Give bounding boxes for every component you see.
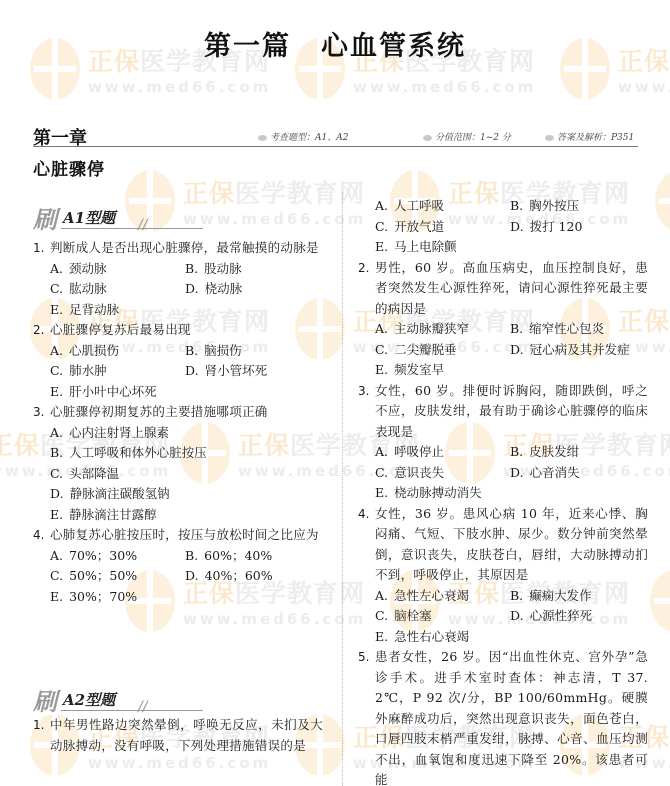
- brush-prefix: 刷: [33, 200, 57, 235]
- page-content: 第一篇心血管系统 第一章 考查题型：A1、A2 分值范围：1~2 分 答案及解析…: [0, 0, 670, 786]
- option: E.频发室早: [375, 360, 645, 381]
- options: A.主动脉瓣狭窄 B.缩窄性心包炎 C.二尖瓣脱垂 D.冠心病及其并发症 E.频…: [358, 319, 648, 381]
- option: A.70%；30%: [50, 546, 185, 567]
- question-type-label: A2型题: [63, 689, 115, 710]
- meta-answer-page: 答案及解析：P351: [545, 130, 634, 143]
- question-stem: 心脏骤停复苏后最易出现: [50, 320, 323, 341]
- option: C.肺水肿: [50, 361, 185, 382]
- option: E.马上电除颤: [375, 237, 645, 258]
- question-type-label: A1型题: [63, 207, 115, 228]
- meta-question-types: 考查题型：A1、A2: [258, 130, 348, 143]
- option: C.头部降温: [50, 464, 320, 485]
- leaf-bullet-icon: [545, 135, 554, 141]
- option: D.拨打 120: [510, 217, 645, 238]
- chapter-label: 第一章: [33, 124, 87, 150]
- option: B.人工呼吸和体外心脏按压: [50, 443, 320, 464]
- options: A.心肌损伤 B.脑损伤 C.肺水肿 D.肾小管坏死 E.肝小叶中心坏死: [33, 341, 323, 403]
- question-stem: 判断成人是否出现心脏骤停，最常触摸的动脉是: [50, 238, 323, 259]
- option: B.癫痫大发作: [510, 586, 645, 607]
- leaf-bullet-icon: [423, 135, 432, 141]
- option: D.心音消失: [510, 463, 645, 484]
- options: A.呼吸停止 B.皮肤发绀 C.意识丧失 D.心音消失 E.桡动脉搏动消失: [358, 442, 648, 504]
- option: C.50%；50%: [50, 566, 185, 587]
- option: E.急性右心衰竭: [375, 627, 645, 648]
- options: A.心内注射肾上腺素 B.人工呼吸和体外心脏按压 C.头部降温 D.静脉滴注碳酸…: [33, 423, 323, 526]
- question-stem: 男性，60 岁。高血压病史，血压控制良好，患者突然发生心源性猝死，请问心源性猝死…: [375, 258, 648, 320]
- a1-heading: 刷 A1型题 //: [33, 200, 173, 230]
- option: A.心内注射肾上腺素: [50, 423, 320, 444]
- section-title: 心脏骤停: [33, 155, 105, 180]
- question-stem: 女性，60 岁。排便时诉胸闷，随即跌倒，呼之不应，皮肤发绀，最有助于确诊心脏骤停…: [375, 381, 648, 443]
- option: A.急性左心衰竭: [375, 586, 510, 607]
- option: B.缩窄性心包炎: [510, 319, 645, 340]
- question-item: 1. 判断成人是否出现心脏骤停，最常触摸的动脉是: [33, 238, 323, 259]
- option: B.胸外按压: [510, 196, 645, 217]
- option: D.心源性猝死: [510, 606, 645, 627]
- option: B.股动脉: [185, 259, 320, 280]
- option: D.40%；60%: [185, 566, 320, 587]
- option: E.肝小叶中心坏死: [50, 382, 320, 403]
- option: D.冠心病及其并发症: [510, 340, 645, 361]
- question-stem: 心脏骤停初期复苏的主要措施哪项正确: [50, 402, 323, 423]
- option: A.心肌损伤: [50, 341, 185, 362]
- left-column: 1. 判断成人是否出现心脏骤停，最常触摸的动脉是 A.颈动脉 B.股动脉 C.肱…: [33, 238, 323, 607]
- options: A.70%；30% B.60%；40% C.50%；50% D.40%；60% …: [33, 546, 323, 608]
- chapter-header: 第一章 考查题型：A1、A2 分值范围：1~2 分 答案及解析：P351: [33, 126, 638, 147]
- question-stem: 中年男性路边突然晕倒，呼唤无反应，未扪及大动脉搏动，没有呼吸，下列处理措施错误的…: [50, 715, 323, 756]
- option: C.肱动脉: [50, 279, 185, 300]
- question-item: 1. 中年男性路边突然晕倒，呼唤无反应，未扪及大动脉搏动，没有呼吸，下列处理措施…: [33, 715, 323, 756]
- question-stem: 患者女性，26 岁。因“出血性休克、宫外孕”急诊手术。进手术室时查体：神志清，T…: [375, 647, 648, 786]
- question-item: 5. 患者女性，26 岁。因“出血性休克、宫外孕”急诊手术。进手术室时查体：神志…: [358, 647, 648, 786]
- options: A.人工呼吸 B.胸外按压 C.开放气道 D.拨打 120 E.马上电除颤: [358, 196, 648, 258]
- options: A.颈动脉 B.股动脉 C.肱动脉 D.桡动脉 E.足背动脉: [33, 259, 323, 321]
- leaf-bullet-icon: [258, 135, 267, 141]
- question-item: 3. 心脏骤停初期复苏的主要措施哪项正确: [33, 402, 323, 423]
- option: E.足背动脉: [50, 300, 320, 321]
- question-item: 4. 心肺复苏心脏按压时，按压与放松时间之比应为: [33, 525, 323, 546]
- options: A.急性左心衰竭 B.癫痫大发作 C.脑栓塞 D.心源性猝死 E.急性右心衰竭: [358, 586, 648, 648]
- question-item: 4. 女性，36 岁。患风心病 10 年，近来心悸、胸闷痛、气短、下肢水肿、尿少…: [358, 504, 648, 586]
- option: C.脑栓塞: [375, 606, 510, 627]
- option: C.意识丧失: [375, 463, 510, 484]
- heading-underline: [61, 710, 203, 711]
- option: C.二尖瓣脱垂: [375, 340, 510, 361]
- option: D.桡动脉: [185, 279, 320, 300]
- option: E.30%；70%: [50, 587, 320, 608]
- slash-decoration-icon: //: [138, 699, 147, 715]
- option: B.脑损伤: [185, 341, 320, 362]
- question-stem: 心肺复苏心脏按压时，按压与放松时间之比应为: [50, 525, 323, 546]
- slash-decoration-icon: //: [138, 217, 147, 233]
- option: A.呼吸停止: [375, 442, 510, 463]
- right-column: A.人工呼吸 B.胸外按压 C.开放气道 D.拨打 120 E.马上电除颤 2.…: [358, 196, 648, 786]
- option: E.静脉滴注甘露醇: [50, 505, 320, 526]
- a2-heading: 刷 A2型题 //: [33, 682, 173, 712]
- left-column-a2: 1. 中年男性路边突然晕倒，呼唤无反应，未扪及大动脉搏动，没有呼吸，下列处理措施…: [33, 715, 323, 756]
- question-item: 3. 女性，60 岁。排便时诉胸闷，随即跌倒，呼之不应，皮肤发绀，最有助于确诊心…: [358, 381, 648, 443]
- meta-score-range: 分值范围：1~2 分: [423, 130, 511, 143]
- heading-underline: [61, 228, 203, 229]
- column-divider: [342, 192, 343, 786]
- option: B.皮肤发绀: [510, 442, 645, 463]
- option: E.桡动脉搏动消失: [375, 483, 645, 504]
- option: D.肾小管坏死: [185, 361, 320, 382]
- option: A.人工呼吸: [375, 196, 510, 217]
- option: A.颈动脉: [50, 259, 185, 280]
- question-item: 2. 心脏骤停复苏后最易出现: [33, 320, 323, 341]
- question-item: 2. 男性，60 岁。高血压病史，血压控制良好，患者突然发生心源性猝死，请问心源…: [358, 258, 648, 320]
- brush-prefix: 刷: [33, 682, 57, 717]
- option: B.60%；40%: [185, 546, 320, 567]
- option: D.静脉滴注碳酸氢钠: [50, 484, 320, 505]
- option: C.开放气道: [375, 217, 510, 238]
- question-stem: 女性，36 岁。患风心病 10 年，近来心悸、胸闷痛、气短、下肢水肿、尿少。数分…: [375, 504, 648, 586]
- option: A.主动脉瓣狭窄: [375, 319, 510, 340]
- part-title: 第一篇心血管系统: [0, 24, 670, 63]
